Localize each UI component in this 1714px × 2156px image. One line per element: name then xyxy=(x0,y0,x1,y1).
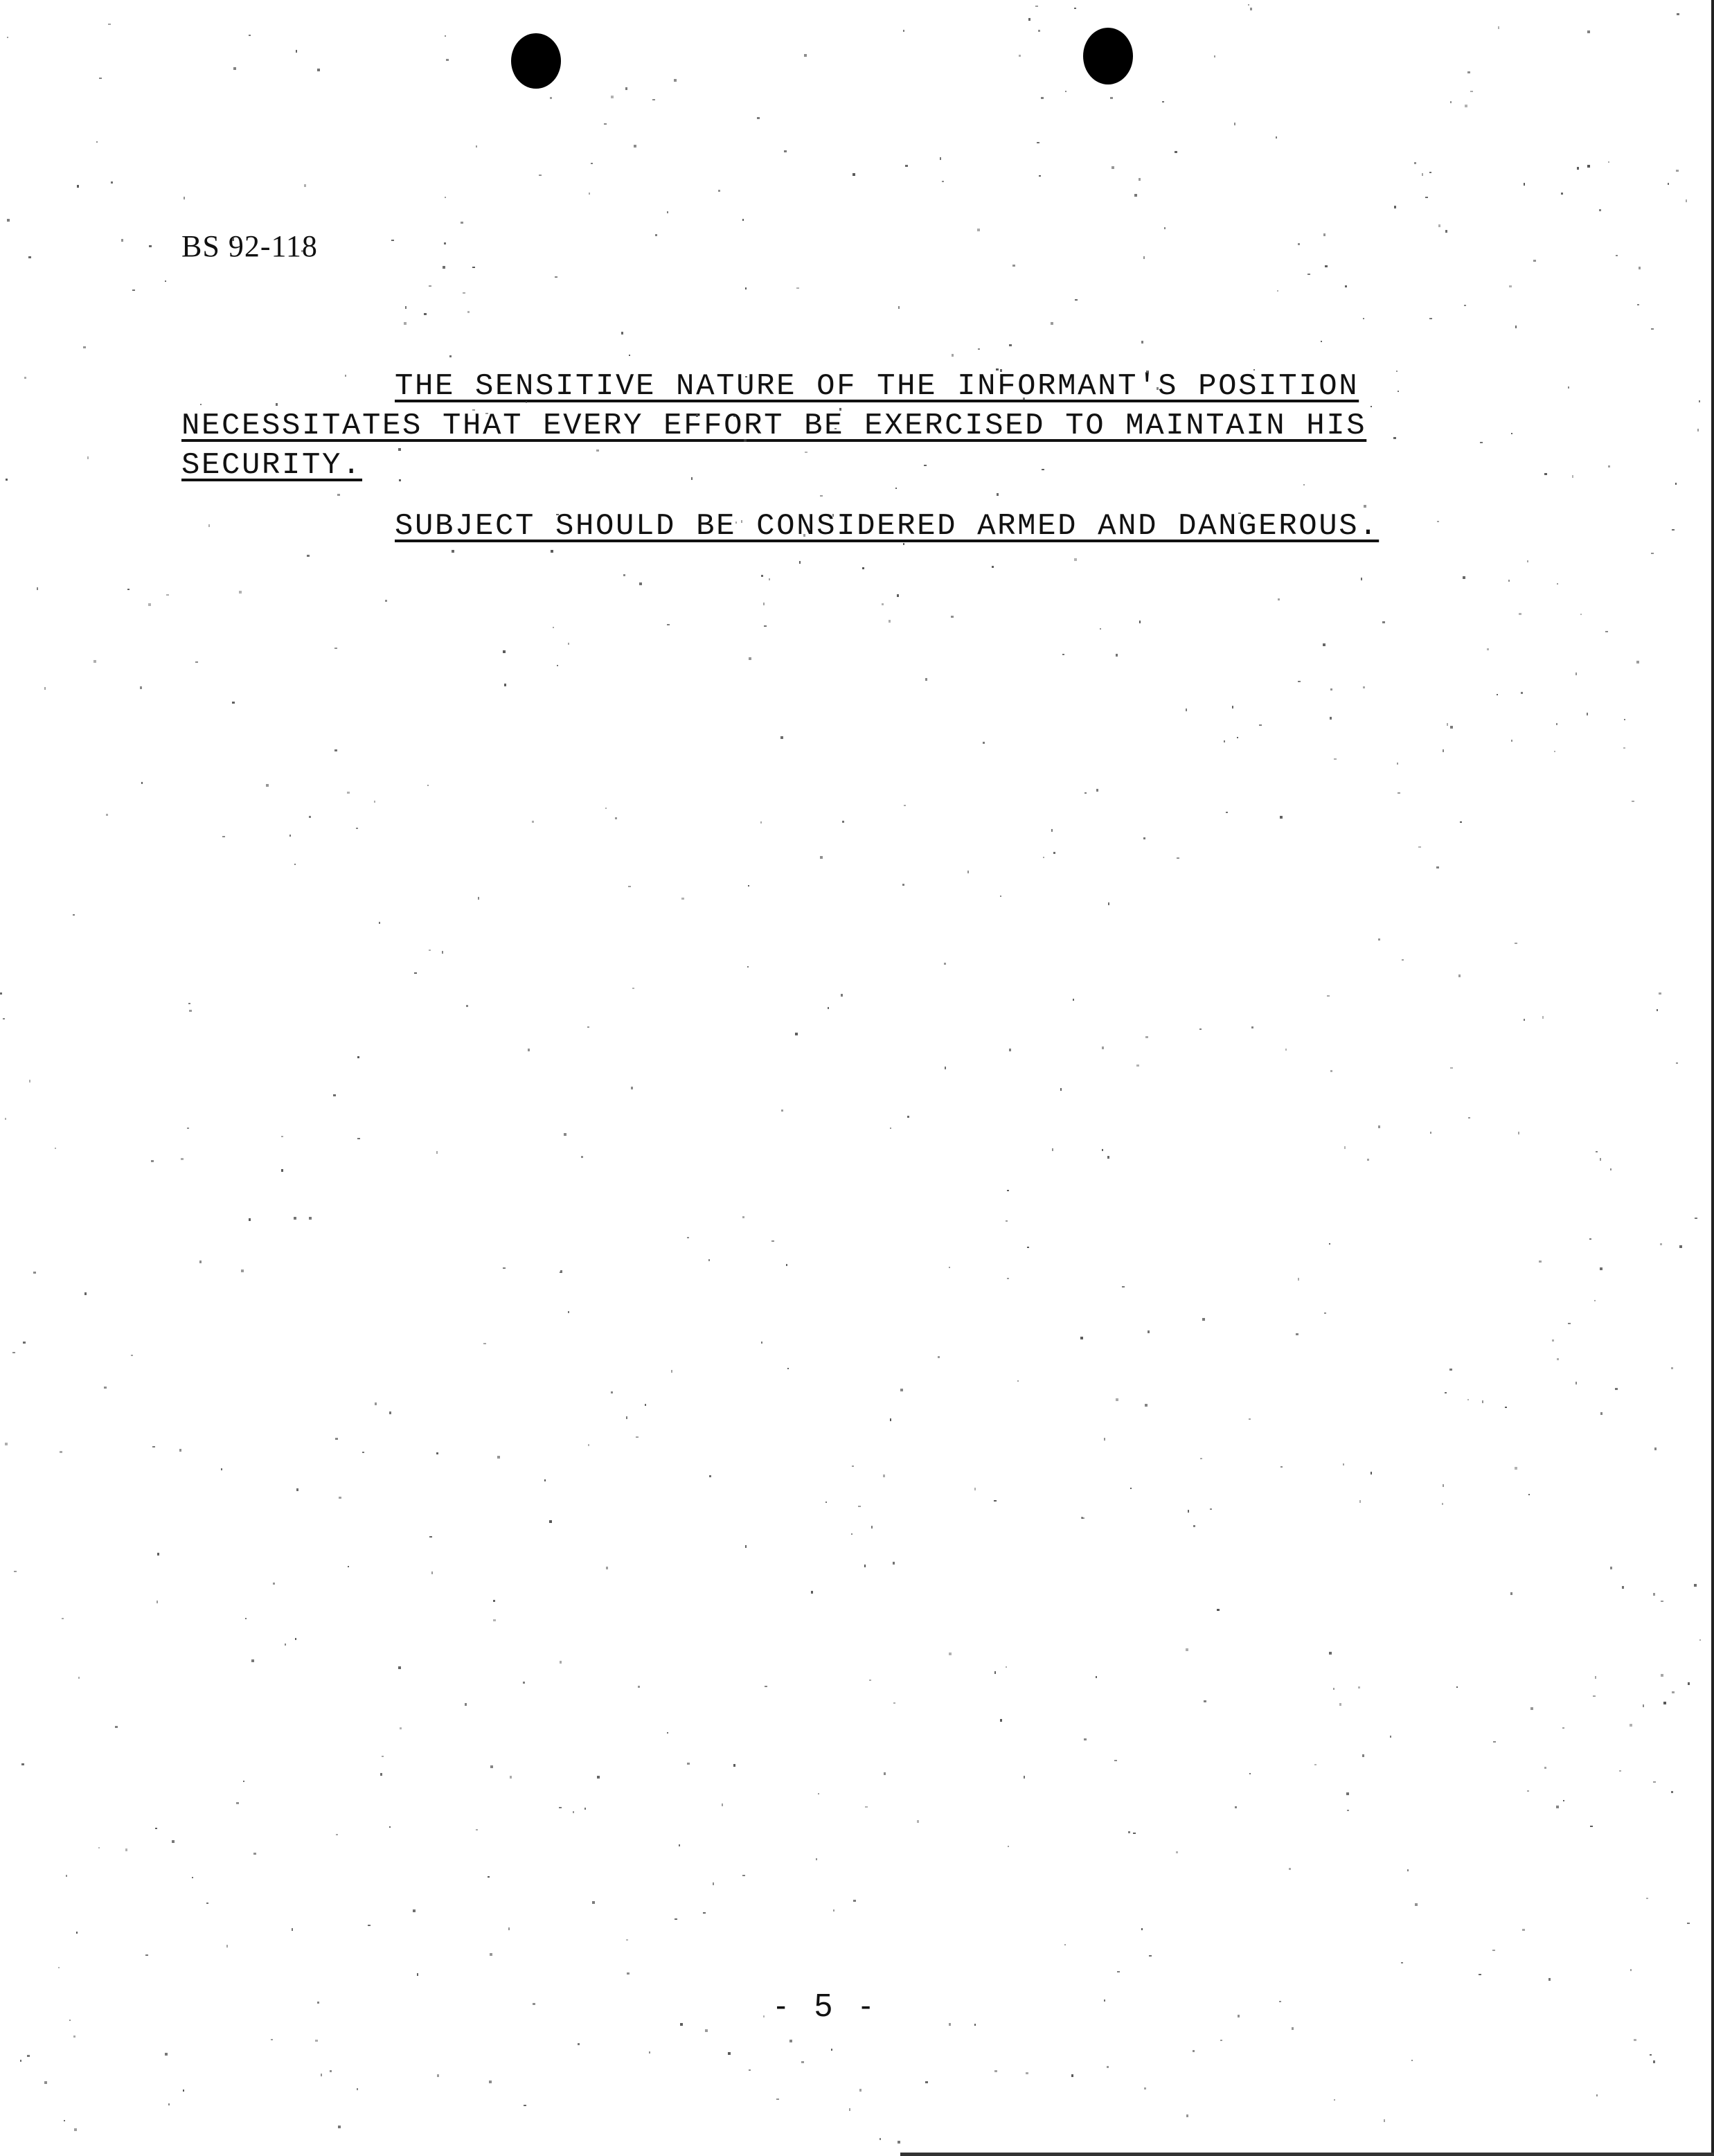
speck xyxy=(490,1953,492,1956)
speck xyxy=(1510,1592,1512,1595)
speck xyxy=(1445,230,1447,233)
speck xyxy=(652,99,655,100)
speck xyxy=(674,79,677,82)
speck xyxy=(239,591,242,594)
speck xyxy=(1518,1132,1519,1134)
speck xyxy=(1234,123,1235,125)
speck xyxy=(106,814,108,816)
speck xyxy=(787,1368,789,1369)
speck xyxy=(1075,299,1078,301)
speck xyxy=(1456,1686,1458,1688)
speck xyxy=(98,1847,100,1848)
page-number: - 5 - xyxy=(776,1986,881,2024)
speck xyxy=(1012,265,1015,267)
speck xyxy=(1661,1601,1663,1602)
speck xyxy=(786,1264,787,1266)
speck xyxy=(1575,672,1577,675)
speck xyxy=(596,449,599,452)
speck xyxy=(1653,1781,1656,1783)
speck xyxy=(749,657,751,660)
speck xyxy=(1071,2074,1073,2077)
speck xyxy=(1363,318,1364,319)
speck xyxy=(1657,1009,1658,1011)
speck xyxy=(1362,1754,1364,1757)
speck xyxy=(1330,1070,1332,1072)
speck xyxy=(374,801,375,803)
speck xyxy=(226,1945,228,1948)
speck xyxy=(765,1686,767,1687)
speck xyxy=(443,266,445,269)
speck xyxy=(1587,165,1590,168)
speck xyxy=(345,375,346,377)
speck xyxy=(974,2024,976,2026)
speck xyxy=(83,346,86,348)
speck xyxy=(1661,1674,1663,1677)
speck xyxy=(1429,172,1431,173)
speck xyxy=(78,1677,80,1679)
speck xyxy=(917,1820,919,1823)
speck xyxy=(307,555,310,557)
speck xyxy=(1544,473,1547,475)
speck xyxy=(93,660,96,663)
speck xyxy=(1418,846,1421,848)
speck xyxy=(1694,1584,1697,1587)
speck xyxy=(1487,648,1489,650)
speck xyxy=(1458,974,1461,977)
speck xyxy=(1074,8,1076,9)
speck xyxy=(476,1829,478,1830)
speck xyxy=(1358,1686,1360,1689)
speck xyxy=(253,1853,256,1855)
speck xyxy=(1463,576,1465,579)
speck xyxy=(1544,1767,1546,1769)
speck xyxy=(1108,902,1109,905)
speck xyxy=(818,1793,819,1794)
speck xyxy=(1139,178,1141,181)
speck xyxy=(398,1666,401,1669)
speck xyxy=(188,1003,190,1004)
speck xyxy=(592,1901,595,1904)
speck xyxy=(544,1479,546,1481)
speck xyxy=(1041,97,1044,99)
speck xyxy=(1430,1132,1431,1134)
speck xyxy=(1081,1517,1083,1519)
speck xyxy=(1006,1666,1007,1668)
speck xyxy=(623,574,625,576)
speck xyxy=(192,1877,193,1878)
speck xyxy=(1575,1382,1577,1384)
speck xyxy=(1556,723,1557,725)
speck xyxy=(1637,304,1639,305)
speck xyxy=(1600,1158,1601,1161)
speck xyxy=(1511,740,1512,742)
speck xyxy=(1677,13,1679,15)
speck xyxy=(73,914,75,916)
speck xyxy=(1562,1727,1564,1729)
speck xyxy=(560,1272,562,1273)
speck xyxy=(148,603,151,606)
speck xyxy=(206,1903,208,1904)
speck xyxy=(680,2023,683,2026)
speck xyxy=(1623,747,1625,749)
speck xyxy=(1343,1463,1344,1465)
speck xyxy=(398,448,401,451)
speck xyxy=(472,409,475,411)
speck xyxy=(1378,1125,1380,1128)
speck xyxy=(1307,274,1310,275)
speck xyxy=(949,1267,950,1268)
speck xyxy=(902,884,904,886)
speck xyxy=(1557,583,1558,585)
speck xyxy=(1563,1800,1564,1801)
speck xyxy=(587,1026,589,1028)
speck xyxy=(852,1465,854,1467)
speck xyxy=(1508,580,1510,582)
file-number: BS 92-118 xyxy=(181,229,318,264)
speck xyxy=(1330,688,1332,691)
speck xyxy=(503,650,506,653)
speck xyxy=(1199,1028,1202,1030)
speck xyxy=(1521,692,1523,694)
speck xyxy=(632,988,634,989)
speck xyxy=(1116,1398,1118,1401)
speck xyxy=(317,69,320,71)
speck xyxy=(944,963,946,965)
speck xyxy=(549,1520,552,1523)
speck xyxy=(271,2039,273,2040)
speck xyxy=(568,1311,569,1313)
speck xyxy=(334,749,337,751)
speck xyxy=(611,1391,613,1393)
speck xyxy=(33,1272,36,1274)
speck xyxy=(296,50,297,53)
speck xyxy=(276,403,278,406)
speck xyxy=(949,1652,952,1655)
speck xyxy=(1204,1700,1206,1702)
speck xyxy=(895,488,897,489)
speck xyxy=(1149,1955,1152,1957)
speck xyxy=(172,1840,175,1843)
speck xyxy=(839,408,841,411)
speck xyxy=(44,687,46,690)
speck xyxy=(744,439,747,442)
speck xyxy=(1470,91,1473,92)
page-edge-right xyxy=(1711,0,1714,2156)
speck xyxy=(1675,483,1677,485)
speck xyxy=(1339,1703,1341,1706)
speck xyxy=(1654,1447,1657,1450)
speck xyxy=(1186,709,1187,711)
speck xyxy=(796,287,799,289)
speck xyxy=(1519,613,1521,615)
speck xyxy=(200,404,202,405)
speck xyxy=(1143,256,1145,259)
speck xyxy=(745,1545,747,1548)
speck xyxy=(152,1446,155,1447)
speck xyxy=(776,2099,779,2100)
speck xyxy=(1238,513,1241,514)
speck xyxy=(897,594,899,597)
speck xyxy=(330,2070,332,2072)
speck xyxy=(1053,852,1055,854)
speck xyxy=(445,197,446,198)
speck xyxy=(58,1967,60,1968)
speck xyxy=(389,1411,391,1414)
speck xyxy=(27,2055,30,2057)
speck xyxy=(1028,18,1030,21)
speck xyxy=(1064,1944,1066,1945)
speck xyxy=(1371,406,1372,407)
speck xyxy=(904,805,906,806)
speck xyxy=(317,2002,319,2004)
speck xyxy=(528,1049,530,1051)
speck xyxy=(1542,1016,1544,1019)
speck xyxy=(232,238,234,241)
speck xyxy=(1396,371,1398,372)
speck xyxy=(429,1536,432,1538)
speck xyxy=(1390,1736,1391,1738)
speck xyxy=(1407,1869,1409,1871)
speck xyxy=(696,414,698,417)
speck xyxy=(573,1811,574,1813)
speck xyxy=(1051,829,1053,832)
informant-notice-line-1: THE SENSITIVE NATURE OF THE INFORMANT'S … xyxy=(395,366,1359,407)
speck xyxy=(1009,344,1012,346)
speck xyxy=(476,145,477,148)
speck xyxy=(733,416,736,417)
speck xyxy=(281,1136,283,1137)
speck xyxy=(87,456,89,459)
speck xyxy=(442,951,443,954)
speck xyxy=(157,1601,158,1603)
speck xyxy=(7,37,8,38)
speck xyxy=(0,992,2,995)
speck xyxy=(489,2081,492,2083)
speck xyxy=(382,1756,384,1757)
speck xyxy=(1019,55,1021,57)
speck xyxy=(1593,1695,1596,1697)
speck xyxy=(1202,1318,1205,1321)
speck xyxy=(1200,1458,1202,1459)
page-edge-bottom xyxy=(900,2153,1714,2156)
speck xyxy=(1096,789,1098,792)
speck xyxy=(760,821,762,823)
speck xyxy=(510,1776,512,1779)
speck xyxy=(833,1909,834,1912)
speck xyxy=(5,1443,8,1445)
speck xyxy=(444,242,446,244)
speck xyxy=(1589,1238,1591,1240)
speck xyxy=(463,292,465,294)
speck xyxy=(1038,30,1040,32)
speck xyxy=(718,190,720,192)
speck xyxy=(526,401,527,403)
speck xyxy=(64,2120,65,2121)
speck xyxy=(564,1133,566,1136)
speck xyxy=(1437,521,1439,522)
speck xyxy=(949,2023,951,2026)
speck xyxy=(733,1764,735,1767)
speck xyxy=(1280,816,1283,819)
speck xyxy=(1687,1923,1690,1924)
speck xyxy=(1303,484,1305,485)
speck xyxy=(742,219,744,221)
speck xyxy=(1329,1243,1330,1245)
speck xyxy=(1363,686,1365,688)
speck xyxy=(1397,763,1398,765)
speck xyxy=(1467,71,1470,73)
speck xyxy=(784,150,787,152)
speck xyxy=(289,835,291,837)
speck xyxy=(1672,529,1675,531)
speck xyxy=(1672,1691,1675,1693)
speck xyxy=(1401,1962,1403,1963)
speck xyxy=(825,1502,827,1503)
speck xyxy=(334,648,337,649)
speck xyxy=(96,141,98,143)
speck xyxy=(1600,1267,1603,1270)
speck xyxy=(1162,101,1164,103)
informant-notice-text-2: NECESSITATES THAT EVERY EFFORT BE EXERCI… xyxy=(181,409,1366,443)
speck xyxy=(1530,1707,1533,1710)
speck xyxy=(379,922,380,924)
speck xyxy=(771,1240,774,1242)
speck xyxy=(628,886,631,887)
speck xyxy=(1608,465,1610,467)
speck xyxy=(1443,749,1444,752)
speck xyxy=(1605,631,1608,632)
speck xyxy=(1568,386,1569,389)
speck xyxy=(1346,1792,1349,1795)
speck xyxy=(938,1356,940,1358)
speck xyxy=(924,465,927,466)
armed-dangerous-text: SUBJECT SHOULD BE CONSIDERED ARMED AND D… xyxy=(395,509,1379,544)
speck xyxy=(28,256,31,258)
speck xyxy=(1364,505,1366,508)
speck xyxy=(691,477,693,480)
speck xyxy=(273,1583,275,1585)
speck xyxy=(391,240,394,241)
speck xyxy=(1226,812,1228,813)
speck xyxy=(121,239,123,242)
speck xyxy=(1292,2027,1294,2030)
speck xyxy=(977,229,980,231)
speck xyxy=(1249,1418,1251,1420)
speck xyxy=(1145,1036,1148,1038)
speck xyxy=(424,313,427,315)
speck xyxy=(23,1342,26,1344)
speck xyxy=(467,311,470,313)
speck xyxy=(636,1436,639,1438)
speck xyxy=(898,306,900,309)
speck xyxy=(1653,2060,1655,2063)
speck xyxy=(488,1876,490,1878)
speck xyxy=(1630,1724,1632,1727)
speck xyxy=(745,376,747,377)
speck xyxy=(1193,2050,1195,2052)
speck xyxy=(1107,2066,1109,2068)
speck xyxy=(742,1875,745,1876)
speck xyxy=(890,1128,891,1129)
speck xyxy=(362,1452,364,1453)
speck xyxy=(769,578,770,580)
speck xyxy=(1000,896,1001,897)
speck xyxy=(994,1500,997,1502)
speck xyxy=(831,2049,832,2051)
speck xyxy=(1577,167,1579,170)
speck xyxy=(1557,1358,1559,1360)
speck xyxy=(811,1591,813,1594)
speck xyxy=(524,2105,526,2106)
speck xyxy=(869,1680,871,1681)
speck xyxy=(634,145,636,148)
speck xyxy=(1235,1806,1237,1808)
speck xyxy=(389,1826,391,1828)
speck xyxy=(1438,224,1440,227)
speck xyxy=(1608,161,1609,163)
speck xyxy=(1663,1702,1666,1704)
speck xyxy=(1096,1676,1097,1678)
speck xyxy=(184,197,185,199)
speck xyxy=(1186,1648,1188,1651)
speck xyxy=(1298,681,1301,682)
speck xyxy=(882,603,884,605)
speck xyxy=(1596,2094,1598,2096)
speck xyxy=(1084,792,1087,794)
speck xyxy=(763,2015,765,2017)
speck xyxy=(321,2074,322,2076)
speck xyxy=(375,1402,377,1405)
speck xyxy=(1017,1380,1019,1382)
speck xyxy=(1102,1149,1103,1151)
speck xyxy=(1026,2072,1028,2074)
speck xyxy=(557,665,558,666)
speck xyxy=(1009,1049,1011,1051)
speck xyxy=(1480,442,1483,443)
speck xyxy=(667,1732,668,1734)
speck xyxy=(679,1844,680,1846)
speck xyxy=(687,1237,689,1238)
speck xyxy=(493,1619,496,1621)
speck xyxy=(1145,1404,1148,1407)
speck xyxy=(842,821,844,823)
speck xyxy=(1398,391,1399,392)
speck xyxy=(1110,97,1113,99)
speck xyxy=(1493,1741,1496,1743)
speck xyxy=(168,2103,170,2105)
speck xyxy=(1000,369,1002,372)
speck xyxy=(1378,938,1380,941)
speck xyxy=(236,1802,239,1804)
speck xyxy=(208,524,210,527)
speck xyxy=(667,211,668,213)
speck xyxy=(1253,369,1255,371)
speck xyxy=(903,543,904,545)
speck xyxy=(803,534,805,537)
speck xyxy=(893,1562,895,1565)
speck xyxy=(1217,1609,1220,1611)
speck xyxy=(1276,136,1277,139)
speck xyxy=(1084,1738,1087,1740)
speck xyxy=(568,643,569,645)
speck xyxy=(764,625,767,627)
speck xyxy=(66,1875,67,1877)
speck xyxy=(883,1475,885,1477)
speck xyxy=(465,1703,467,1706)
speck xyxy=(149,245,152,247)
speck xyxy=(1042,469,1044,470)
speck xyxy=(380,1773,382,1776)
